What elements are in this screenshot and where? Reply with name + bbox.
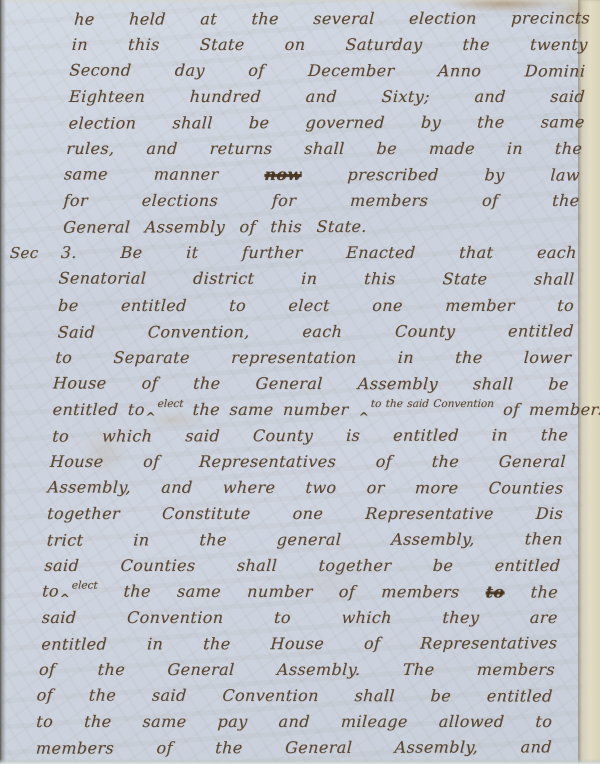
manuscript-line: Eighteen hundred and Sixty; and said [68,84,585,110]
text-segment: of the General Assembly. The members [39,660,556,679]
manuscript-text: he held at the several election precinct… [34,6,590,761]
text-segment: Second day of December Anno Domini [69,61,586,81]
text-segment: the same number [183,400,359,419]
manuscript-line: said Convention to which they are [41,605,558,631]
text-segment: Eighteen hundred and Sixty; and said [69,87,586,106]
text-segment: trict in the general Assembly, then [46,529,563,549]
manuscript-line: he held at the several election precinct… [73,5,590,32]
text-segment: 3. Be it further Enacted that each [60,243,577,262]
inserted-text: elect [71,580,98,592]
manuscript-line: Said Convention, each County entitled [57,318,574,345]
text-segment: in this State on Saturday the twenty [71,35,588,54]
scanned-manuscript-page: he held at the several election precinct… [0,0,600,764]
inserted-text: to the said Convention [370,398,494,410]
manuscript-line: be entitled to elect one member to [57,293,574,319]
manuscript-line: House of Representatives of the General [49,449,566,475]
text-segment: to the same pay and mileage allowed to [36,712,553,731]
text-segment: members of the General Assembly, and [35,738,552,758]
text-segment: to which said County is entitled in the [52,425,569,445]
text-segment: election shall be governed by the same [68,113,585,133]
manuscript-line: in this State on Saturday the twenty [71,32,588,58]
manuscript-line: trict in the general Assembly, then [46,526,563,553]
manuscript-line: Assembly, and where two or more Counties [47,474,564,501]
manuscript-line: rules, and returns shall be made in the [66,136,583,162]
text-segment: he held at the several election precinct… [74,8,591,28]
text-segment: together Constitute one Representative D… [47,504,564,523]
text-segment: Said Convention, each County entitled [57,321,574,341]
manuscript-line: to Separate representation in the lower [55,345,572,371]
inserted-text: elect [157,398,184,410]
caret-mark: ^ [145,410,156,424]
manuscript-line: members of the General Assembly, and [35,735,552,762]
manuscript-line: to^elect the same number of members to t… [41,578,558,605]
text-segment: the [504,582,559,601]
manuscript-line: entitled to^elect the same number ^to th… [52,397,569,423]
manuscript-line: entitled in the House of Representatives [41,630,558,657]
manuscript-line: election shall be governed by the same [68,110,585,137]
manuscript-line: to the same pay and mileage allowed to [36,709,553,735]
manuscript-line: said Counties shall together be entitled [44,553,561,579]
text-segment: be entitled to elect one member to [58,296,575,315]
text-segment: for elections for members of the [63,191,580,210]
manuscript-line: House of the General Assembly shall be [52,370,569,397]
paper-top-edge [0,0,600,4]
manuscript-line: Sec3. Be it further Enacted that each [60,240,577,266]
text-segment: to Separate representation in the lower [55,348,572,367]
text-segment: General Assembly of this State. [63,217,368,237]
manuscript-line: Senatorial district in this State shall [58,266,575,293]
manuscript-line: General Assembly of this State. [63,214,580,241]
text-segment: said Counties shall together be entitled [44,556,561,575]
text-segment: entitled in the House of Representatives [41,633,558,653]
manuscript-line: for elections for members of the [63,188,580,214]
manuscript-line: together Constitute one Representative D… [46,501,563,527]
manuscript-line: same manner now prescribed by law [63,162,580,189]
text-segment: same manner [63,165,264,184]
manuscript-line: Second day of December Anno Domini [69,58,586,85]
text-segment: said Convention to which they are [41,608,558,627]
section-margin-label: Sec [9,240,39,266]
caret-mark: ^ [358,410,369,424]
manuscript-line: to which said County is entitled in the [52,422,569,449]
manuscript-line: of the said Convention shall be entitled [36,683,553,710]
struck-word: now [264,165,302,184]
struck-word: to [485,582,505,601]
text-segment: to [42,581,60,600]
text-segment: of the said Convention shall be entitled [36,686,553,706]
text-segment: the same number of members [97,582,486,602]
caret-mark: ^ [59,592,70,606]
text-segment: prescribed by law [301,165,580,185]
text-segment: Assembly, and where two or more Counties [47,477,564,497]
manuscript-line: of the General Assembly. The members [38,657,555,683]
text-segment: House of the General Assembly shall be [53,373,570,393]
text-segment: Senatorial district in this State shall [58,269,575,289]
text-segment: House of Representatives of the General [49,452,566,471]
text-segment: rules, and returns shall be made in the [66,139,583,158]
scan-left-edge-shadow [0,0,6,764]
text-segment: of members [493,400,600,419]
text-segment: entitled to [52,400,145,419]
